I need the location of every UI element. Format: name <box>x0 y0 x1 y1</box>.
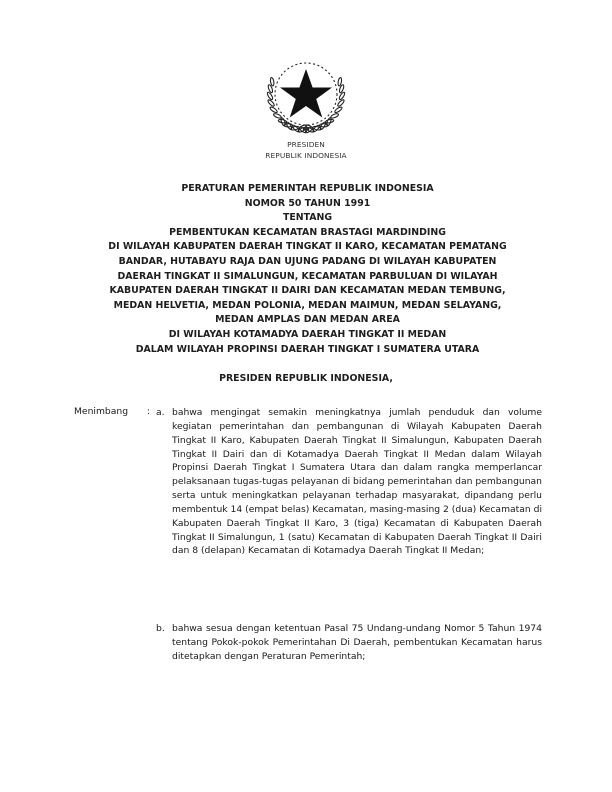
title-line: BANDAR, HUTABAYU RAJA DAN UJUNG PADANG D… <box>60 255 555 270</box>
header-caption-republik: REPUBLIK INDONESIA <box>0 151 612 160</box>
title-line: DI WILAYAH KABUPATEN DAERAH TINGKAT II K… <box>60 240 555 255</box>
consideration-item-b: b. bahwa sesua dengan ketentuan Pasal 75… <box>156 622 542 664</box>
presidential-seal-icon <box>265 52 347 138</box>
item-text: bahwa sesua dengan ketentuan Pasal 75 Un… <box>172 622 542 664</box>
presidential-emblem <box>265 52 347 138</box>
consideration-item-a: a. bahwa mengingat semakin meningkatnya … <box>156 406 542 558</box>
enacting-authority: PRESIDEN REPUBLIK INDONESIA, <box>0 373 612 384</box>
header-caption-presiden: PRESIDEN <box>0 140 612 149</box>
title-line: DALAM WILAYAH PROPINSI DAERAH TINGKAT I … <box>60 343 555 358</box>
title-line: DAERAH TINGKAT II SIMALUNGUN, KECAMATAN … <box>60 270 555 285</box>
title-line: MEDAN HELVETIA, MEDAN POLONIA, MEDAN MAI… <box>60 299 555 314</box>
title-line: PEMBENTUKAN KECAMATAN BRASTAGI MARDINDIN… <box>60 226 555 241</box>
title-line: DI WILAYAH KOTAMADYA DAERAH TINGKAT II M… <box>60 328 555 343</box>
title-line: PERATURAN PEMERINTAH REPUBLIK INDONESIA <box>60 182 555 197</box>
item-text: bahwa mengingat semakin meningkatnya jum… <box>172 406 542 558</box>
section-colon: : <box>147 406 150 417</box>
title-line: NOMOR 50 TAHUN 1991 <box>60 197 555 212</box>
section-label-menimbang: Menimbang <box>74 406 128 417</box>
item-marker: a. <box>156 406 165 420</box>
title-line: TENTANG <box>60 211 555 226</box>
title-line: MEDAN AMPLAS DAN MEDAN AREA <box>60 313 555 328</box>
item-marker: b. <box>156 622 165 636</box>
title-line: KABUPATEN DAERAH TINGKAT II DAIRI DAN KE… <box>60 284 555 299</box>
regulation-title: PERATURAN PEMERINTAH REPUBLIK INDONESIA … <box>60 182 555 357</box>
star-icon <box>280 69 332 118</box>
